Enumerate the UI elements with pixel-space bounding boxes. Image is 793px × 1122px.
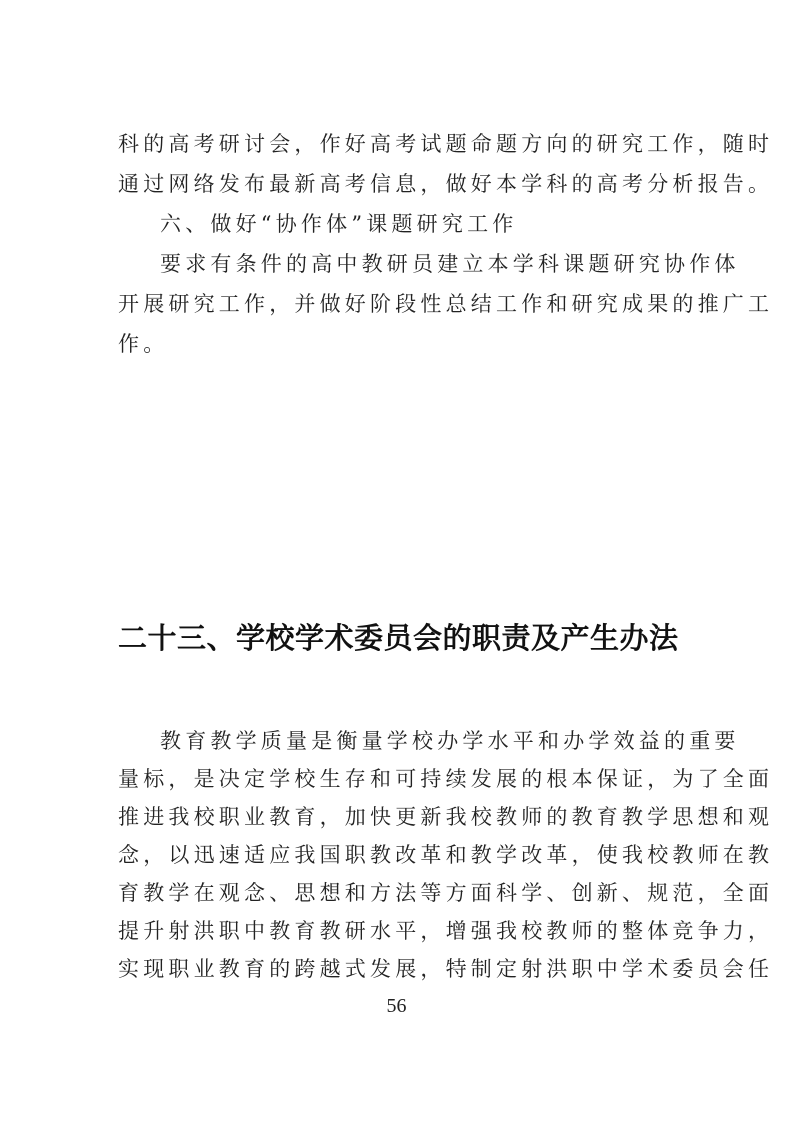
chapter-heading: 二十三、学校学术委员会的职责及产生办法 xyxy=(118,618,679,658)
paragraph-line: 开展研究工作，并做好阶段性总结工作和研究成果的推广工 xyxy=(118,290,678,318)
paragraph-line: 通过网络发布最新高考信息，做好本学科的高考分析报告。 xyxy=(118,170,678,198)
paragraph-line: 提升射洪职中教育教研水平，增强我校教师的整体竞争力， xyxy=(118,917,678,945)
paragraph-line: 科的高考研讨会，作好高考试题命题方向的研究工作，随时 xyxy=(118,130,678,158)
paragraph-line: 要求有条件的高中教研员建立本学科课题研究协作体 xyxy=(160,250,720,278)
paragraph-line: 推进我校职业教育，加快更新我校教师的教育教学思想和观 xyxy=(118,803,678,831)
paragraph-line: 量标，是决定学校生存和可持续发展的根本保证，为了全面 xyxy=(118,765,678,793)
paragraph-line: 念，以迅速适应我国职教改革和教学改革，使我校教师在教 xyxy=(118,841,678,869)
paragraph-line: 作。 xyxy=(118,330,678,358)
paragraph-line: 教育教学质量是衡量学校办学水平和办学效益的重要 xyxy=(160,727,720,755)
page-number: 56 xyxy=(0,995,793,1018)
paragraph-line: 实现职业教育的跨越式发展，特制定射洪职中学术委员会任 xyxy=(118,955,678,983)
paragraph-line: 育教学在观念、思想和方法等方面科学、创新、规范，全面 xyxy=(118,879,678,907)
document-page: 科的高考研讨会，作好高考试题命题方向的研究工作，随时 通过网络发布最新高考信息，… xyxy=(0,0,793,1122)
subsection-title: 六、做好“协作体”课题研究工作 xyxy=(160,210,720,238)
